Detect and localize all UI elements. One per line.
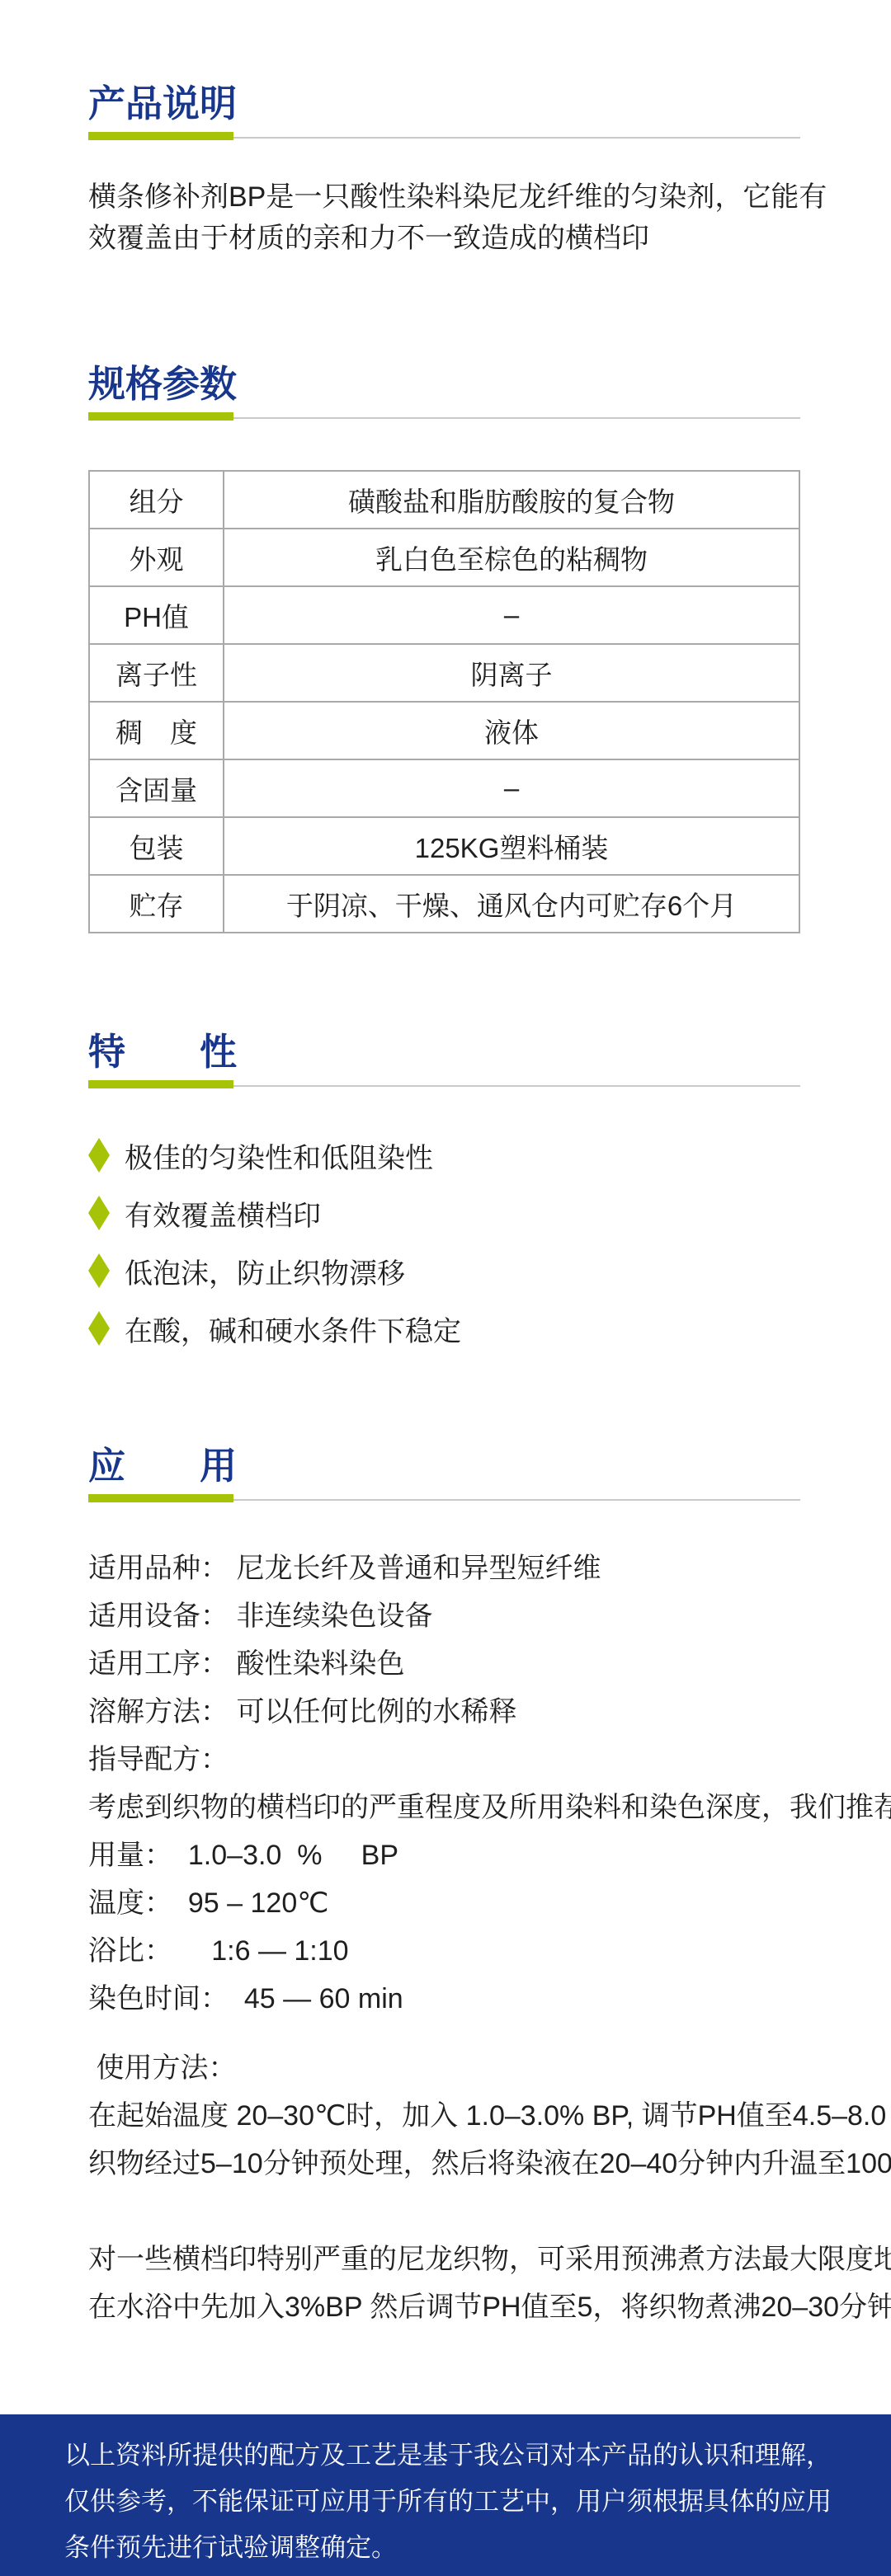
green-accent-bar xyxy=(88,132,233,140)
table-row: 包装 125KG塑料桶装 xyxy=(89,817,799,875)
spec-value: 液体 xyxy=(224,702,799,759)
table-row: 含固量 – xyxy=(89,759,799,817)
spec-label: 离子性 xyxy=(89,644,224,702)
gray-rule-line xyxy=(233,1499,800,1501)
application-line: 指导配方： xyxy=(88,1743,891,1776)
feature-text: 有效覆盖横档印 xyxy=(125,1193,321,1234)
usage-line: 使用方法： xyxy=(88,2052,891,2085)
spec-value: 阴离子 xyxy=(224,644,799,702)
application-line: 适用工序： 酸性染料染色 xyxy=(88,1648,891,1681)
diamond-bullet-icon xyxy=(88,1311,110,1346)
gray-rule-line xyxy=(233,137,800,139)
feature-text: 低泡沫，防止织物漂移 xyxy=(125,1251,405,1291)
table-row: PH值 – xyxy=(89,586,799,644)
diamond-bullet-icon xyxy=(88,1196,110,1230)
usage-preboil-note: 对一些横档印特别严重的尼龙织物，可采用预沸煮方法最大限度地掩 在水浴中先加入3%… xyxy=(0,2243,891,2324)
application-details: 适用品种： 尼龙长纤及普通和异型短纤维 适用设备： 非连续染色设备 适用工序： … xyxy=(0,1552,891,2015)
spec-label: 包装 xyxy=(89,817,224,875)
disclaimer-line: 条件预先进行试验调整确定。 xyxy=(64,2531,891,2564)
spec-value: 于阴凉、干燥、通风仓内可贮存6个月 xyxy=(224,875,799,933)
section-rule xyxy=(88,1494,800,1502)
list-item: 极佳的匀染性和低阻染性 xyxy=(88,1138,891,1173)
section-title-features: 特 性 xyxy=(88,1032,891,1072)
table-row: 组分 磺酸盐和脂肪酸胺的复合物 xyxy=(89,471,799,529)
application-line: 温度： 95 – 120℃ xyxy=(88,1887,891,1920)
spec-label: 贮存 xyxy=(89,875,224,933)
spec-label: 外观 xyxy=(89,529,224,586)
usage-line: 对一些横档印特别严重的尼龙织物，可采用预沸煮方法最大限度地掩 xyxy=(88,2243,891,2276)
product-description-text: 横条修补剂BP是一只酸性染料染尼龙纤维的匀染剂，它能有效覆盖由于材质的亲和力不一… xyxy=(88,176,844,259)
green-accent-bar xyxy=(88,1494,233,1502)
application-line: 考虑到织物的横档印的严重程度及所用染料和染色深度，我们推荐用 xyxy=(88,1791,891,1824)
application-line: 染色时间： 45 — 60 min xyxy=(88,1982,891,2015)
feature-text: 极佳的匀染性和低阻染性 xyxy=(125,1135,433,1176)
list-item: 在酸，碱和硬水条件下稳定 xyxy=(88,1311,891,1346)
usage-line: 在起始温度 20–30℃时，加入 1.0–3.0% BP, 调节PH值至4.5–… xyxy=(88,2099,891,2132)
list-item: 有效覆盖横档印 xyxy=(88,1196,891,1230)
spec-label: PH值 xyxy=(89,586,224,644)
section-rule xyxy=(88,412,800,421)
table-row: 离子性 阴离子 xyxy=(89,644,799,702)
spec-label: 稠 度 xyxy=(89,702,224,759)
product-datasheet-page: 产品说明 横条修补剂BP是一只酸性染料染尼龙纤维的匀染剂，它能有效覆盖由于材质的… xyxy=(0,0,891,2576)
section-title-specifications: 规格参数 xyxy=(88,364,891,404)
application-line: 适用品种： 尼龙长纤及普通和异型短纤维 xyxy=(88,1552,891,1585)
diamond-bullet-icon xyxy=(88,1138,110,1173)
section-rule xyxy=(88,132,800,140)
usage-line: 在水浴中先加入3%BP 然后调节PH值至5，将织物煮沸20–30分钟, xyxy=(88,2291,891,2324)
disclaimer-line: 仅供参考，不能保证可应用于所有的工艺中，用户须根据具体的应用 xyxy=(64,2485,891,2518)
disclaimer-line: 以上资料所提供的配方及工艺是基于我公司对本产品的认识和理解， xyxy=(64,2439,891,2472)
table-row: 稠 度 液体 xyxy=(89,702,799,759)
gray-rule-line xyxy=(233,1085,800,1087)
usage-line: 织物经过5–10分钟预处理，然后将染液在20–40分钟内升温至100℃ xyxy=(88,2147,891,2180)
disclaimer-footer: 以上资料所提供的配方及工艺是基于我公司对本产品的认识和理解， 仅供参考，不能保证… xyxy=(0,2414,891,2576)
green-accent-bar xyxy=(88,412,233,421)
diamond-bullet-icon xyxy=(88,1253,110,1288)
section-title-application: 应 用 xyxy=(88,1446,891,1486)
application-line: 溶解方法： 可以任何比例的水稀释 xyxy=(88,1695,891,1728)
feature-text: 在酸，碱和硬水条件下稳定 xyxy=(125,1309,461,1349)
gray-rule-line xyxy=(233,417,800,419)
spec-value: 125KG塑料桶装 xyxy=(224,817,799,875)
feature-list: 极佳的匀染性和低阻染性 有效覆盖横档印 低泡沫，防止织物漂移 在酸，碱和硬水条件… xyxy=(88,1138,891,1346)
application-line: 浴比： 1:6 — 1:10 xyxy=(88,1934,891,1967)
spec-value: – xyxy=(224,586,799,644)
table-row: 贮存 于阴凉、干燥、通风仓内可贮存6个月 xyxy=(89,875,799,933)
section-title-product-description: 产品说明 xyxy=(88,84,891,124)
spec-value: 乳白色至棕色的粘稠物 xyxy=(224,529,799,586)
section-rule xyxy=(88,1080,800,1088)
spec-value: 磺酸盐和脂肪酸胺的复合物 xyxy=(224,471,799,529)
list-item: 低泡沫，防止织物漂移 xyxy=(88,1253,891,1288)
green-accent-bar xyxy=(88,1080,233,1088)
specifications-table: 组分 磺酸盐和脂肪酸胺的复合物 外观 乳白色至棕色的粘稠物 PH值 – 离子性 … xyxy=(88,470,800,933)
usage-instructions: 使用方法： 在起始温度 20–30℃时，加入 1.0–3.0% BP, 调节PH… xyxy=(0,2052,891,2180)
application-line: 适用设备： 非连续染色设备 xyxy=(88,1600,891,1633)
spec-value: – xyxy=(224,759,799,817)
application-line: 用量： 1.0–3.0 % BP xyxy=(88,1839,891,1872)
spec-label: 组分 xyxy=(89,471,224,529)
table-row: 外观 乳白色至棕色的粘稠物 xyxy=(89,529,799,586)
spec-label: 含固量 xyxy=(89,759,224,817)
